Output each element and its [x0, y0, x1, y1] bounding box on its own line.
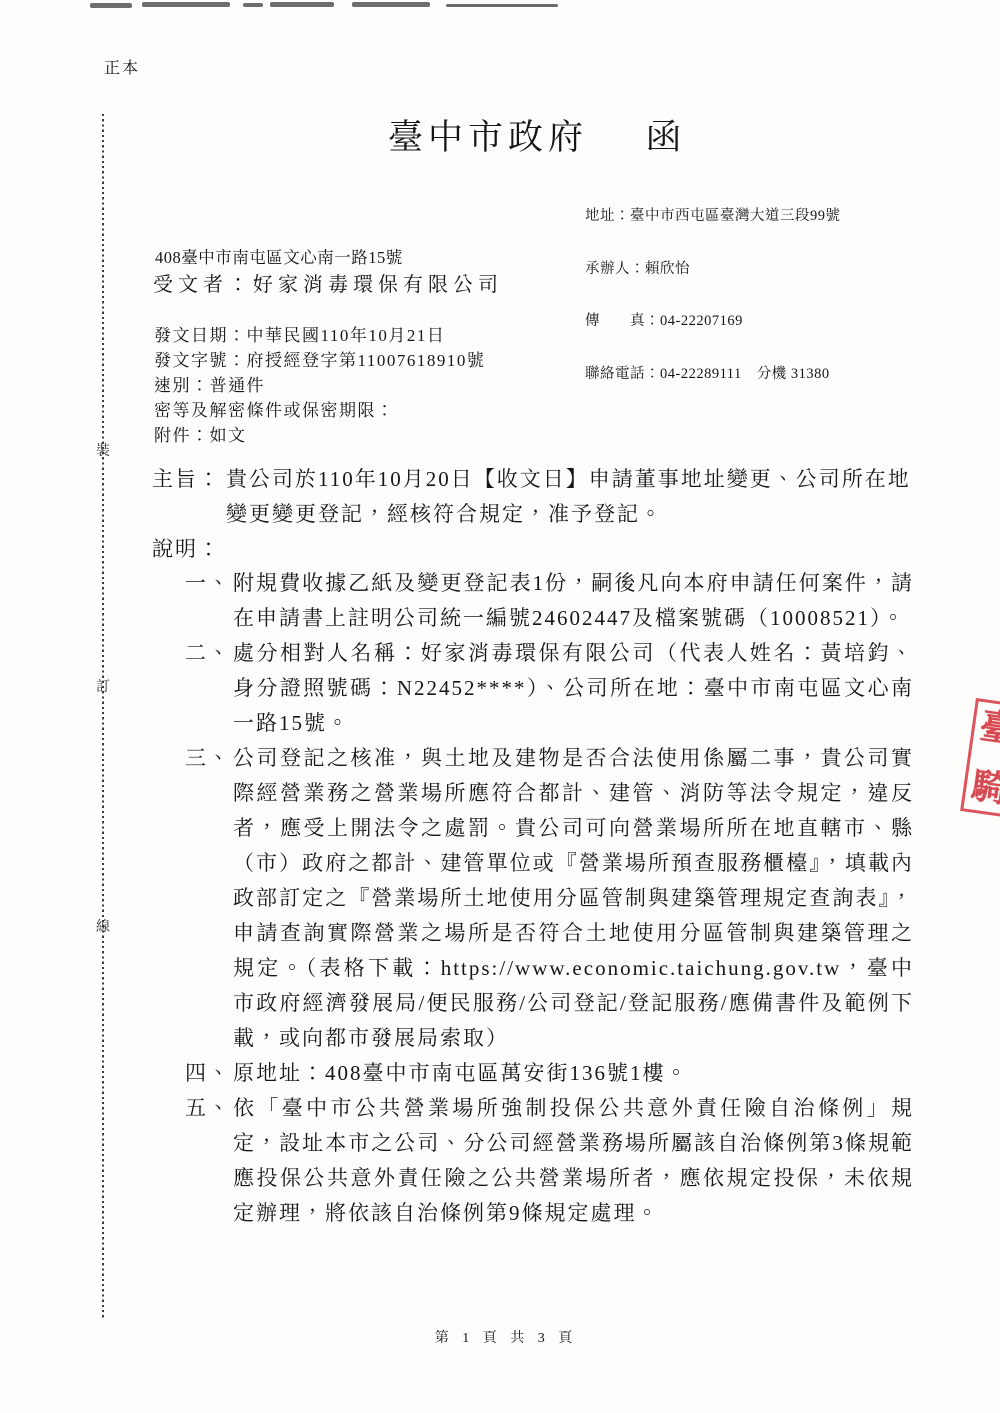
item-text: 原地址：408臺中市南屯區萬安街136號1樓。: [233, 1056, 914, 1091]
explanation-items: 一、 附規費收據乙紙及變更登記表1份，嗣後凡向本府申請任何案件，請在申請書上註明…: [0, 566, 1000, 1231]
explanation-item-3: 三、 公司登記之核准，與土地及建物是否合法使用係屬二事，貴公司實際經營業務之營業…: [185, 741, 914, 1056]
scan-artifact: [446, 4, 558, 7]
item-number: 三、: [185, 741, 233, 1056]
subject-section: 主旨： 貴公司於110年10月20日【收文日】申請董事地址變更、公司所在地變更變…: [0, 462, 1000, 532]
dispatch-meta-block: 發文日期：中華民國110年10月21日 發文字號：府授經登字第110076189…: [0, 323, 1000, 448]
scanned-document-page: 正本 裝 訂 線 臺中市政府 函 地址：臺中市西屯區臺灣大道三段99號 承辦人：…: [0, 0, 1000, 1413]
item-number: 五、: [185, 1091, 233, 1231]
page-number-footer: 第 1 頁 共 3 頁: [0, 1327, 1000, 1347]
item-text: 依「臺中市公共營業場所強制投保公共意外責任險自治條例」規定，設址本市之公司、分公…: [233, 1091, 914, 1231]
explanation-item-4: 四、 原地址：408臺中市南屯區萬安街136號1樓。: [185, 1056, 914, 1091]
document-title: 臺中市政府 函: [388, 110, 681, 160]
item-text: 處分相對人名稱：好家消毒環保有限公司（代表人姓名：黃培鈞、身分證照號碼：N224…: [233, 636, 914, 741]
scan-artifact: [243, 3, 263, 7]
priority-line: 速別：普通件: [154, 373, 1000, 398]
dispatch-number-line: 發文字號：府授經登字第11007618910號: [154, 348, 1000, 373]
attachment-line: 附件：如文: [154, 423, 1000, 448]
explanation-item-2: 二、 處分相對人名稱：好家消毒環保有限公司（代表人姓名：黃培鈞、身分證照號碼：N…: [185, 636, 914, 741]
recipient-postal-address: 408臺中市南屯區文心南一路15號: [155, 247, 1000, 269]
subject-label: 主旨：: [152, 462, 226, 532]
item-number: 四、: [185, 1056, 233, 1091]
stamp-character: 騎: [969, 763, 1000, 819]
item-number: 二、: [185, 636, 233, 741]
scan-artifact: [90, 3, 132, 8]
document-type: 函: [646, 110, 681, 160]
agency-address-line: 地址：臺中市西屯區臺灣大道三段99號: [585, 208, 841, 226]
issuing-agency-name: 臺中市政府: [388, 110, 588, 160]
recipient-line: 受文者：好家消毒環保有限公司: [153, 271, 1000, 299]
item-text: 附規費收據乙紙及變更登記表1份，嗣後凡向本府申請任何案件，請在申請書上註明公司統…: [233, 566, 914, 636]
document-body: 408臺中市南屯區文心南一路15號 受文者：好家消毒環保有限公司 發文日期：中華…: [0, 240, 1000, 1231]
dispatch-date-line: 發文日期：中華民國110年10月21日: [154, 323, 1000, 348]
scan-artifact: [352, 2, 430, 7]
classification-line: 密等及解密條件或保密期限：: [154, 398, 1000, 423]
item-number: 一、: [185, 566, 233, 636]
explanation-item-1: 一、 附規費收據乙紙及變更登記表1份，嗣後凡向本府申請任何案件，請在申請書上註明…: [185, 566, 914, 636]
stamp-character: 臺: [977, 704, 1000, 760]
explanation-heading: 說明：: [152, 532, 1000, 566]
item-text: 公司登記之核准，與土地及建物是否合法使用係屬二事，貴公司實際經營業務之營業場所應…: [233, 741, 914, 1056]
scan-artifact: [270, 2, 334, 7]
subject-text: 貴公司於110年10月20日【收文日】申請董事地址變更、公司所在地變更變更登記，…: [226, 462, 912, 532]
copy-type-label: 正本: [104, 55, 140, 78]
scan-artifact: [142, 2, 230, 7]
explanation-item-5: 五、 依「臺中市公共營業場所強制投保公共意外責任險自治條例」規定，設址本市之公司…: [185, 1091, 914, 1231]
